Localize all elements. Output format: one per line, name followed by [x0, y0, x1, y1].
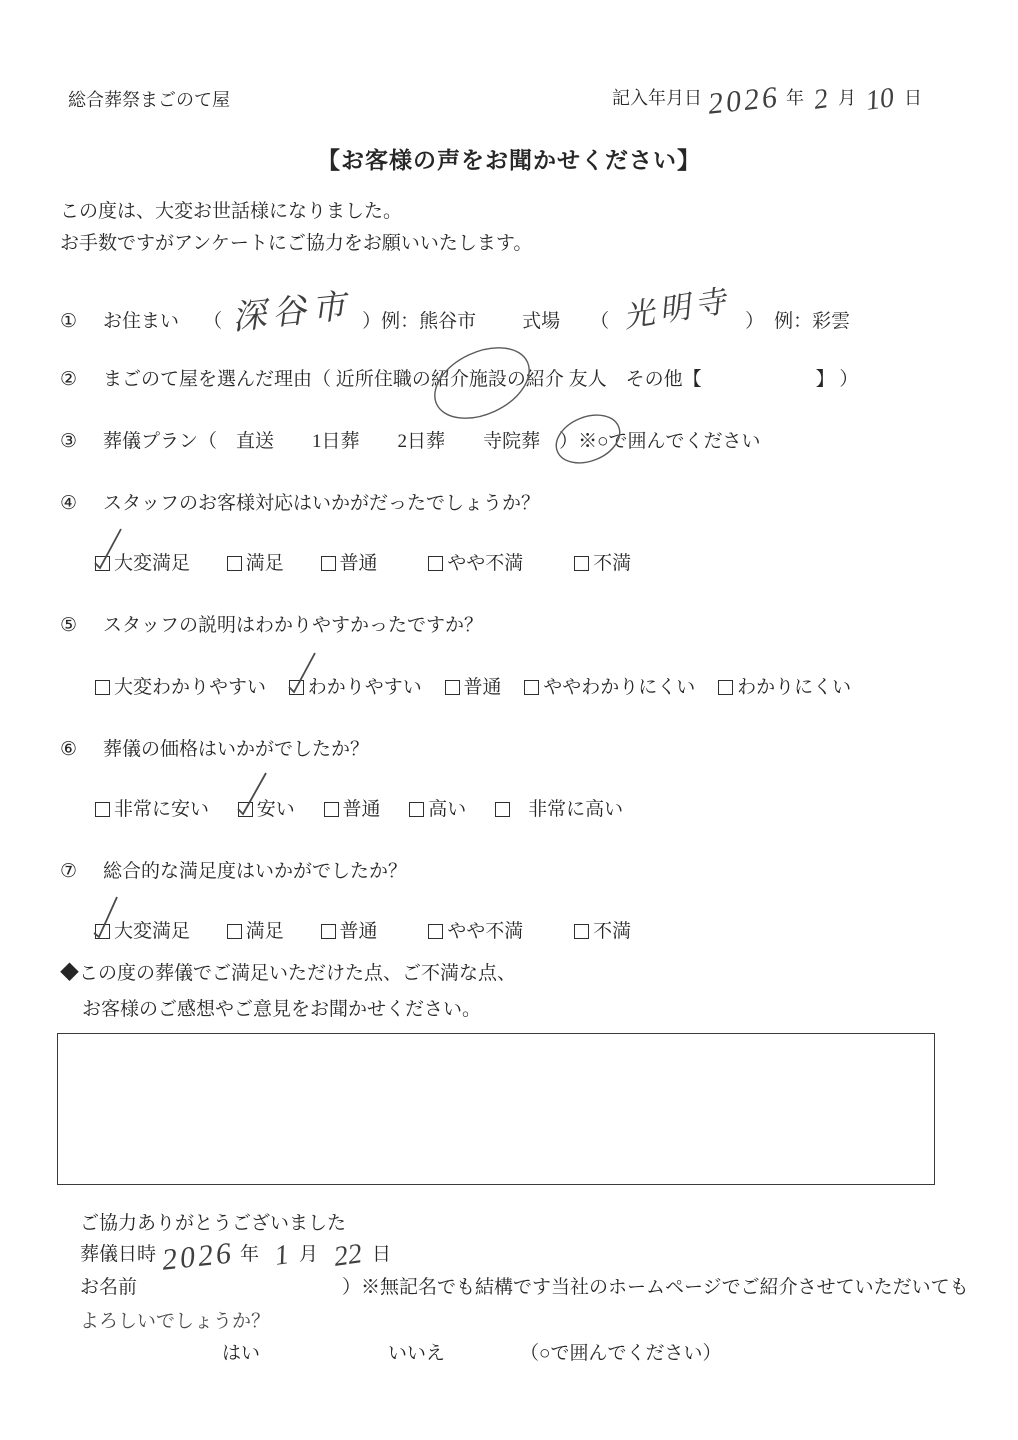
q2-text-prefix: まごのて屋を選んだ理由（ 近所	[103, 364, 374, 391]
yes-option: はい	[222, 1338, 260, 1365]
name-note-line-2: よろしいでしょうか？	[80, 1306, 270, 1333]
q2-text-suffix: 施設の紹介 友人 その他【 】 ）	[469, 364, 859, 391]
q6-option-futsuu: 普通	[324, 794, 381, 821]
name-label: お名前	[80, 1272, 137, 1299]
entry-date-line: 記入年月日 2026 年 2 月 10 日	[612, 80, 922, 110]
question-4: ④ スタッフのお客様対応はいかがだったでしょうか？	[60, 488, 540, 515]
q6-options-row: 非常に安い 安い 普通 高い 非常に高い	[95, 794, 647, 821]
month-suffix: 月	[838, 84, 856, 110]
option-label: 普通	[343, 799, 381, 820]
option-label: 普通	[340, 921, 378, 942]
option-label: やや不満	[447, 553, 523, 574]
q1-hall-paren-close: ）	[745, 306, 764, 333]
q2-circled-option: 住職の紹介	[374, 364, 469, 391]
checkbox	[574, 556, 589, 571]
name-note: ）※無記名でも結構です当社のホームページでご紹介させていただいても	[342, 1272, 969, 1299]
q6-option-yasui: 安い	[238, 794, 295, 821]
q4-option-yaya-fuman: やや不満	[428, 548, 523, 575]
q7-option-daihen-manzoku: 大変満足	[95, 916, 190, 943]
q6-number: ⑥	[60, 738, 77, 761]
option-label: 高い	[428, 799, 466, 820]
option-label: 普通	[340, 553, 378, 574]
q6-label: 葬儀の価格はいかがでしたか？	[103, 734, 369, 761]
q1-number: ①	[60, 310, 77, 333]
checkbox	[324, 802, 339, 817]
funeral-date-line: 葬儀日時 2026 年 1 月 22 日	[80, 1236, 391, 1266]
option-label: 非常に安い	[114, 799, 209, 820]
q4-option-manzoku: 満足	[227, 548, 284, 575]
q7-option-manzoku: 満足	[227, 916, 284, 943]
checkbox-checked	[238, 802, 253, 817]
q6-option-takai: 高い	[409, 794, 466, 821]
q4-option-futsuu: 普通	[321, 548, 378, 575]
option-label: 大変満足	[114, 553, 190, 574]
survey-form-page: 総合葬祭まごのて屋 記入年月日 2026 年 2 月 10 日 【お客様の声をお…	[0, 0, 1018, 1440]
funeral-month-handwritten: 1	[273, 1241, 291, 1271]
q4-option-daihen-manzoku: 大変満足	[95, 548, 190, 575]
question-5: ⑤ スタッフの説明はわかりやすかったですか？	[60, 610, 483, 637]
question-7: ⑦ 総合的な満足度はいかがでしたか？	[60, 856, 407, 883]
q4-label: スタッフのお客様対応はいかがだったでしょうか？	[103, 488, 540, 515]
option-label: 満足	[246, 921, 284, 942]
q7-option-fuman: 不満	[574, 916, 631, 943]
q2-number: ②	[60, 368, 77, 391]
checkbox	[428, 924, 443, 939]
option-label: わかりやすい	[308, 677, 422, 698]
q5-number: ⑤	[60, 614, 77, 637]
q7-option-yaya-fuman: やや不満	[428, 916, 523, 943]
name-line: お名前 ）※無記名でも結構です当社のホームページでご紹介させていただいても	[80, 1272, 969, 1299]
option-label: 大変わかりやすい	[114, 677, 266, 698]
q1-paren-close: ）	[362, 306, 381, 333]
q5-option-wakariyasui: わかりやすい	[289, 672, 422, 699]
checkbox	[574, 924, 589, 939]
entry-month-handwritten: 2	[812, 85, 830, 115]
q5-options-row: 大変わかりやすい わかりやすい 普通 ややわかりにくい わかりにくい	[95, 672, 869, 699]
year-suffix: 年	[786, 84, 804, 110]
comments-prompt-line-2: お客様のご感想やご意見をお聞かせください。	[82, 994, 481, 1021]
checkbox-checked	[95, 556, 110, 571]
checkbox	[321, 924, 336, 939]
thanks-line: ご協力ありがとうございました	[80, 1208, 346, 1235]
checkbox	[445, 680, 460, 695]
question-1: ① お住まい （ 深谷市 ） 例：熊谷市 式場 （ 光明寺 ） 例：彩雲	[60, 300, 850, 334]
checkbox	[495, 802, 510, 817]
entry-year-handwritten: 2026	[707, 82, 782, 119]
q1-hall-handwritten: 光明寺	[621, 285, 733, 333]
option-label: 不満	[593, 921, 631, 942]
question-3: ③ 葬儀プラン（ 直送 1日葬 2日葬 寺院葬 ）※○で囲んでください	[60, 426, 761, 453]
q1-hall-paren-open: （	[590, 306, 609, 333]
q4-number: ④	[60, 492, 77, 515]
checkbox	[227, 556, 242, 571]
comments-box	[57, 1033, 935, 1185]
q3-text-prefix: 葬儀プラン（ 直送 1日葬 2日葬	[103, 426, 483, 453]
intro-line-2: お手数ですがアンケートにご協力をお願いいたします。	[60, 228, 532, 255]
question-6: ⑥ 葬儀の価格はいかがでしたか？	[60, 734, 369, 761]
q6-option-hijou-ni-yasui: 非常に安い	[95, 794, 209, 821]
comments-prompt-line-1: ◆この度の葬儀でご満足いただけた点、ご不満な点、	[60, 958, 516, 985]
no-option: いいえ	[388, 1338, 445, 1365]
question-2: ② まごのて屋を選んだ理由（ 近所 住職の紹介 施設の紹介 友人 その他【 】 …	[60, 364, 858, 391]
option-label: わかりにくい	[737, 677, 851, 698]
intro-line-1: この度は、大変お世話様になりました。	[60, 196, 402, 223]
option-label: やや不満	[447, 921, 523, 942]
checkbox	[227, 924, 242, 939]
option-label: 大変満足	[114, 921, 190, 942]
q1-hall-label: 式場	[522, 306, 560, 333]
q5-option-daihen-wakariyasui: 大変わかりやすい	[95, 672, 266, 699]
q4-option-fuman: 不満	[574, 548, 631, 575]
page-title: 【お客様の声をお聞かせください】	[0, 142, 1018, 175]
q1-residence-handwritten: 深谷市	[231, 290, 354, 336]
checkbox	[428, 556, 443, 571]
day-suffix: 日	[904, 84, 922, 110]
year-suffix: 年	[240, 1239, 259, 1266]
month-suffix: 月	[299, 1239, 318, 1266]
q3-circled-option: 寺院葬	[483, 426, 540, 453]
option-label: 普通	[464, 677, 502, 698]
day-suffix: 日	[372, 1239, 391, 1266]
checkbox	[524, 680, 539, 695]
q5-option-futsuu: 普通	[445, 672, 502, 699]
q7-number: ⑦	[60, 860, 77, 883]
q5-option-wakarinikui: わかりにくい	[718, 672, 851, 699]
funeral-year-handwritten: 2026	[161, 1238, 236, 1275]
q1-label: お住まい	[103, 306, 179, 333]
checkbox	[95, 680, 110, 695]
q1-paren-open: （	[203, 306, 222, 333]
q6-option-hijou-ni-takai: 非常に高い	[495, 794, 623, 821]
option-label: 不満	[593, 553, 631, 574]
checkbox	[718, 680, 733, 695]
company-name: 総合葬祭まごのて屋	[68, 86, 230, 112]
checkbox-checked	[95, 924, 110, 939]
q7-options-row: 大変満足 満足 普通 やや不満 不満	[95, 916, 663, 943]
q1-residence-example: 例：熊谷市	[381, 306, 476, 333]
funeral-date-label: 葬儀日時	[80, 1239, 156, 1266]
option-label: 非常に高い	[514, 799, 623, 820]
q3-text-suffix: ）※○で囲んでください	[540, 426, 760, 453]
checkbox	[321, 556, 336, 571]
circle-instruction: （○で囲んでください）	[520, 1338, 721, 1365]
q3-number: ③	[60, 430, 77, 453]
funeral-day-handwritten: 22	[332, 1240, 364, 1272]
entry-day-handwritten: 10	[864, 84, 896, 116]
entry-date-label: 記入年月日	[612, 84, 702, 110]
q7-option-futsuu: 普通	[321, 916, 378, 943]
option-label: 満足	[246, 553, 284, 574]
checkbox-checked	[289, 680, 304, 695]
option-label: ややわかりにくい	[543, 677, 695, 698]
q1-hall-example: 例：彩雲	[774, 306, 850, 333]
option-label: 安い	[257, 799, 295, 820]
q4-options-row: 大変満足 満足 普通 やや不満 不満	[95, 548, 663, 575]
checkbox	[409, 802, 424, 817]
checkbox	[95, 802, 110, 817]
q5-label: スタッフの説明はわかりやすかったですか？	[103, 610, 483, 637]
q5-option-yaya-wakarinikui: ややわかりにくい	[524, 672, 695, 699]
q7-label: 総合的な満足度はいかがでしたか？	[103, 856, 407, 883]
